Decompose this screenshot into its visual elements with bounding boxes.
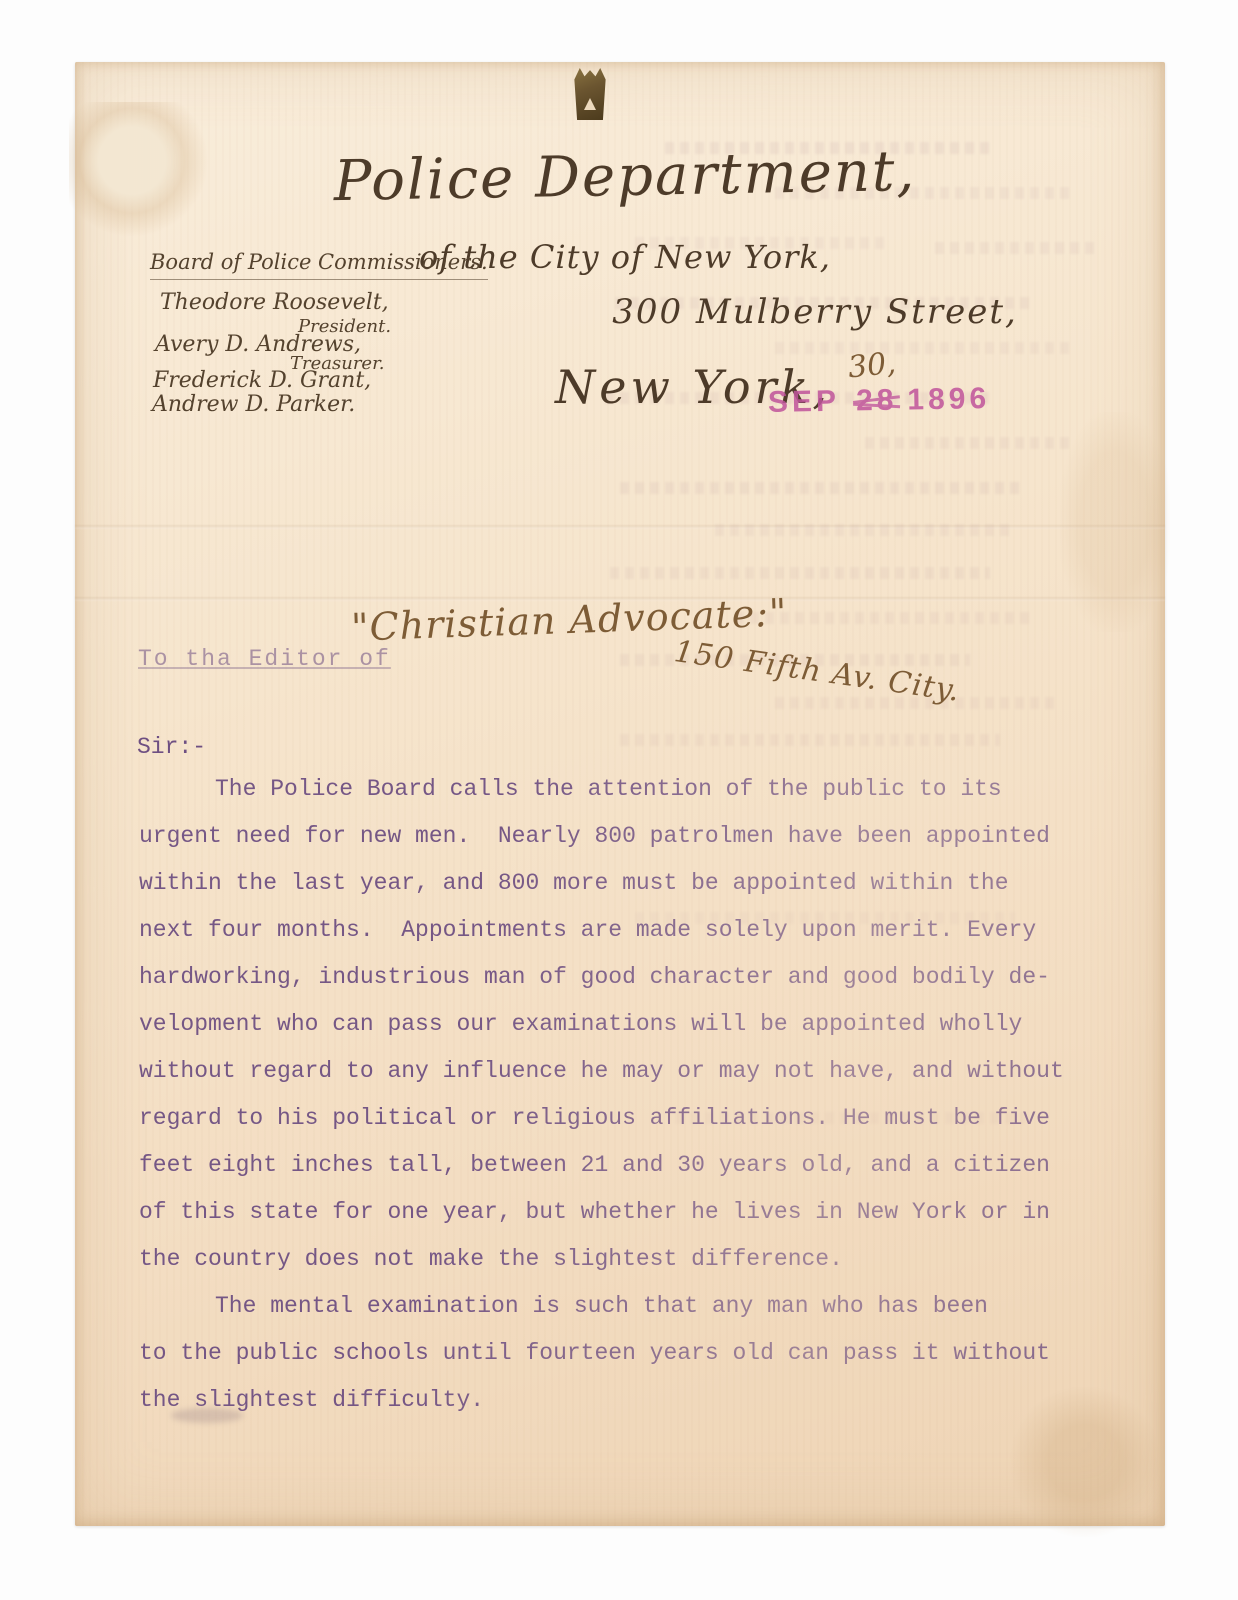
paper-damage-top-left [69, 102, 219, 242]
body-line: urgent need for new men. Nearly 800 patr… [139, 813, 1099, 860]
body-line: to the public schools until fourteen yea… [139, 1330, 1099, 1377]
body-line: The Police Board calls the attention of … [139, 766, 1099, 813]
ghost-text-artifact [865, 437, 1075, 449]
stamp-month: SEP [768, 385, 841, 420]
body-line: the slightest difficulty. [139, 1377, 1099, 1424]
document-photo: Police Department, of the City of New Yo… [0, 0, 1238, 1600]
body-line: of this state for one year, but whether … [139, 1189, 1099, 1236]
ghost-text-artifact [610, 567, 990, 579]
commissioner-name: Andrew D. Parker. [152, 392, 355, 417]
letterhead-street: 300 Mulberry Street, [605, 292, 1025, 332]
handwritten-corrected-day: 30, [846, 346, 897, 386]
body-line: the country does not make the slightest … [139, 1236, 1099, 1283]
date-stamp: SEP 28 1896 [768, 382, 991, 420]
letter-body: The Police Board calls the attention of … [139, 766, 1099, 1424]
commissioner-name: Theodore Roosevelt, [160, 290, 389, 315]
paper-fastener-icon [573, 68, 607, 120]
ghost-text-artifact [935, 242, 1095, 254]
ghost-text-artifact [775, 342, 1075, 354]
fastener-metal [573, 68, 607, 120]
body-line: hardworking, industrious man of good cha… [139, 954, 1099, 1001]
board-heading: Board of Police Commissioners. [150, 250, 488, 274]
body-line: regard to his political or religious aff… [139, 1095, 1099, 1142]
body-line: The mental examination is such that any … [139, 1283, 1099, 1330]
body-line: next four months. Appointments are made … [139, 907, 1099, 954]
salutation: Sir:- [137, 734, 206, 760]
ghost-text-artifact [620, 482, 1020, 494]
stamp-year: 1896 [907, 382, 990, 417]
letter-paper: Police Department, of the City of New Yo… [75, 62, 1165, 1526]
ghost-text-artifact [620, 734, 1000, 746]
ghost-text-artifact [715, 524, 1015, 536]
addressee-typed: To tha Editor of [138, 646, 391, 672]
body-line: within the last year, and 800 more must … [139, 860, 1099, 907]
commissioner-name: Frederick D. Grant, [153, 368, 371, 393]
stamp-day-struck: 28 [856, 384, 898, 419]
body-line: velopment who can pass our examinations … [139, 1001, 1099, 1048]
body-line: without regard to any influence he may o… [139, 1048, 1099, 1095]
letterhead-title: Police Department, [324, 139, 925, 214]
body-line: feet eight inches tall, between 21 and 3… [139, 1142, 1099, 1189]
